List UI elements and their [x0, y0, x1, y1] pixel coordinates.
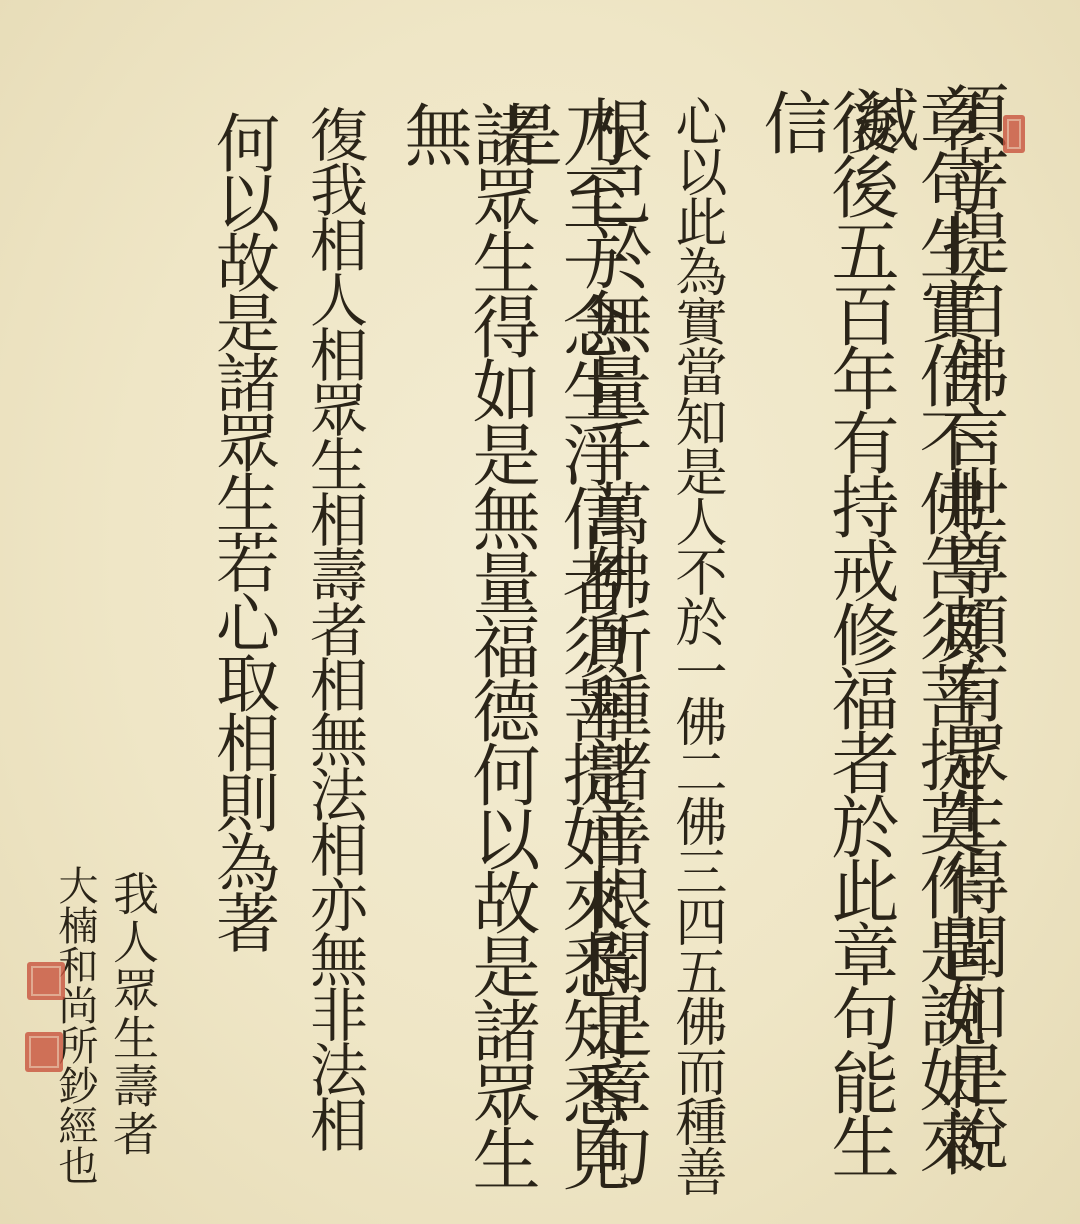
seal-signature-lower	[25, 1032, 63, 1072]
text-column-7: 諸眾生得如是無量福德何以故是諸眾生無	[398, 100, 534, 1224]
text-column-9: 何以故是諸眾生若心取相則為著	[210, 110, 274, 950]
calligraphy-sheet: 須菩提白佛言世尊頗有眾生得聞如是說 章句生實信不佛告須菩提莫作是說如來滅 後後五…	[0, 0, 1080, 1224]
text-column-8: 復我相人相眾生相壽者相無法相亦無非法相	[305, 105, 363, 1150]
seal-top-right	[1003, 115, 1025, 153]
text-column-10: 我人眾生壽者	[110, 870, 156, 1158]
text-column-3: 後後五百年有持戒修福者於此章句能生信	[757, 88, 893, 1224]
signature: 大楠和尚所鈔經也	[55, 865, 95, 1185]
text-column-4: 心以此為實當知是人不於一佛二佛三四五佛而種善	[670, 95, 722, 1195]
seal-signature-upper	[27, 962, 65, 1000]
